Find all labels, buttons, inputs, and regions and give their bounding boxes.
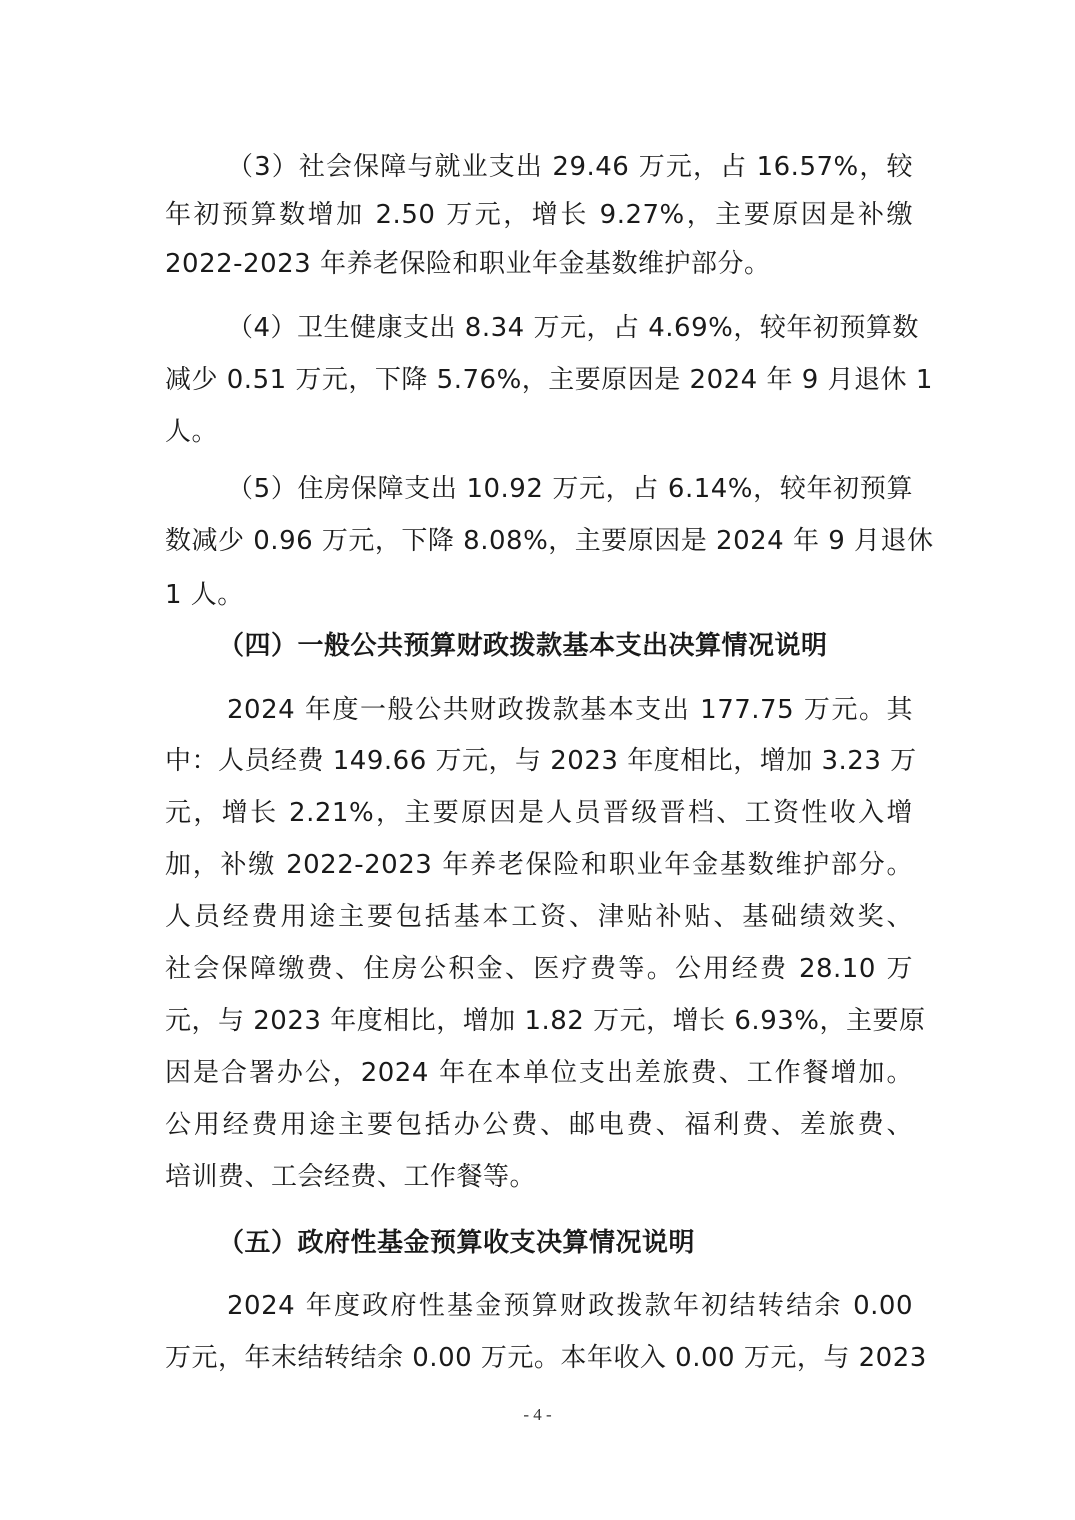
paragraph-housing-line-3: 1 人。 <box>165 571 913 619</box>
section-4-line-2: 中：人员经费 149.66 万元，与 2023 年度相比，增加 3.23 万 <box>165 737 913 785</box>
paragraph-health-line-1: （4）卫生健康支出 8.34 万元，占 4.69%，较年初预算数 <box>227 304 913 352</box>
section-5-heading: （五）政府性基金预算收支决算情况说明 <box>218 1219 918 1267</box>
document-page: （3）社会保障与就业支出 29.46 万元，占 16.57%，较 年初预算数增加… <box>0 0 1075 1520</box>
section-4-line-5: 人员经费用途主要包括基本工资、津贴补贴、基础绩效奖、 <box>165 893 913 941</box>
paragraph-housing-line-1: （5）住房保障支出 10.92 万元，占 6.14%，较年初预算 <box>227 465 913 513</box>
section-5-line-2: 万元，年末结转结余 0.00 万元。本年收入 0.00 万元，与 2023 <box>165 1334 913 1382</box>
paragraph-social-security-line-1: （3）社会保障与就业支出 29.46 万元，占 16.57%，较 <box>227 143 913 191</box>
section-4-line-7: 元，与 2023 年度相比，增加 1.82 万元，增长 6.93%，主要原 <box>165 997 913 1045</box>
paragraph-social-security-line-2: 年初预算数增加 2.50 万元，增长 9.27%，主要原因是补缴 <box>165 191 913 239</box>
paragraph-housing-line-2: 数减少 0.96 万元，下降 8.08%，主要原因是 2024 年 9 月退休 <box>165 517 913 565</box>
page-number: - 4 - <box>0 1405 1075 1425</box>
section-4-line-10: 培训费、工会经费、工作餐等。 <box>165 1153 913 1201</box>
section-4-line-8: 因是合署办公，2024 年在本单位支出差旅费、工作餐增加。 <box>165 1049 913 1097</box>
section-4-line-1: 2024 年度一般公共财政拨款基本支出 177.75 万元。其 <box>227 686 913 734</box>
section-4-line-6: 社会保障缴费、住房公积金、医疗费等。公用经费 28.10 万 <box>165 945 913 993</box>
paragraph-health-line-2: 减少 0.51 万元，下降 5.76%，主要原因是 2024 年 9 月退休 1 <box>165 356 913 404</box>
section-4-line-9: 公用经费用途主要包括办公费、邮电费、福利费、差旅费、 <box>165 1101 913 1149</box>
paragraph-social-security-line-3: 2022-2023 年养老保险和职业年金基数维护部分。 <box>165 240 913 288</box>
section-4-line-4: 加，补缴 2022-2023 年养老保险和职业年金基数维护部分。 <box>165 841 913 889</box>
section-4-line-3: 元，增长 2.21%，主要原因是人员晋级晋档、工资性收入增 <box>165 789 913 837</box>
section-5-line-1: 2024 年度政府性基金预算财政拨款年初结转结余 0.00 <box>227 1282 913 1330</box>
section-4-heading: （四）一般公共预算财政拨款基本支出决算情况说明 <box>218 622 918 670</box>
paragraph-health-line-3: 人。 <box>165 408 913 456</box>
